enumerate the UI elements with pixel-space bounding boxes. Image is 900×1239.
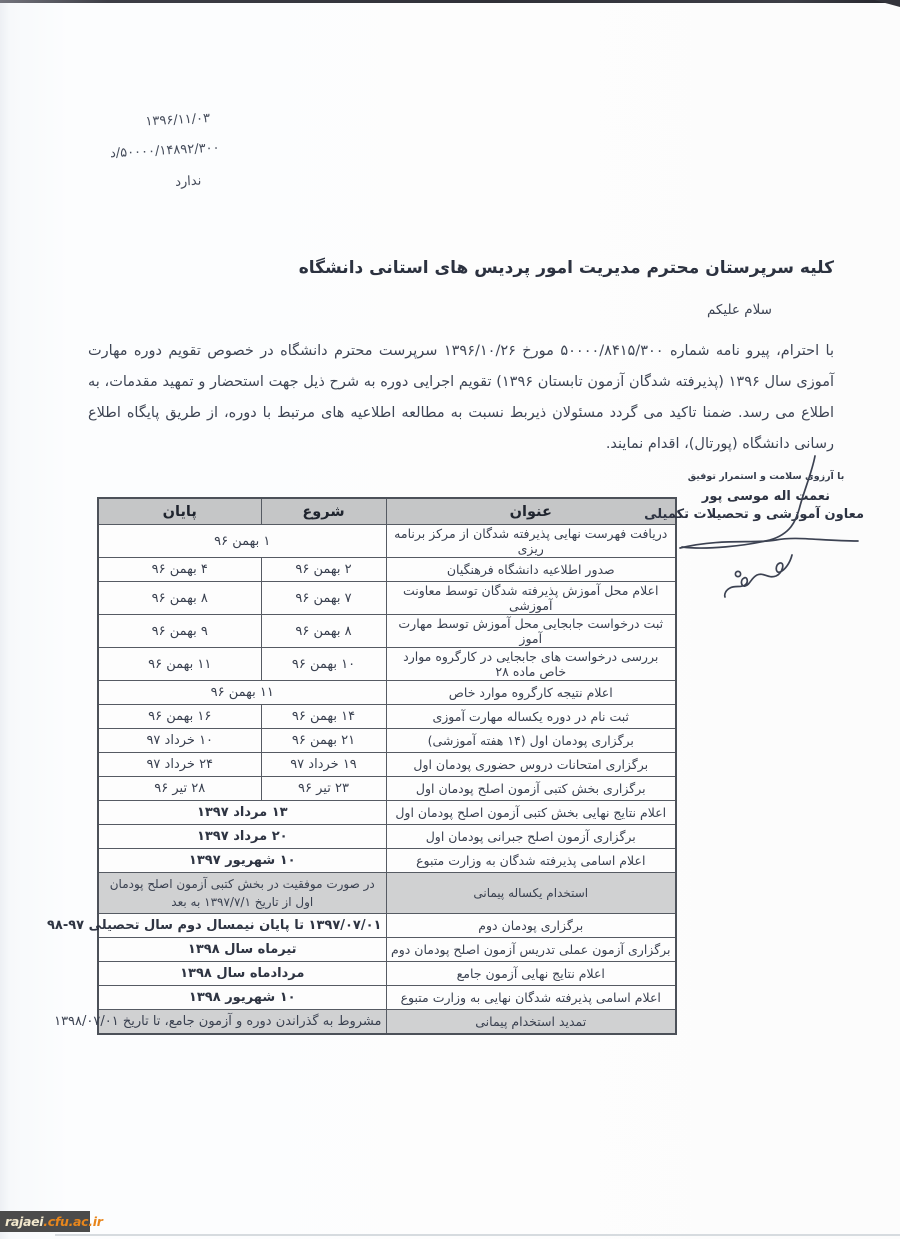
watermark-site-suffix: .cfu.ac.ir	[43, 1214, 102, 1229]
column-header-title: عنوان	[386, 498, 676, 525]
event-title-cell: اعلام محل آموزش پذیرفته شدگان توسط معاون…	[386, 582, 676, 615]
event-row: ثبت درخواست جابجایی محل آموزش توسط مهارت…	[98, 615, 676, 648]
event-row: برگزاری آزمون اصلح جبرانی پودمان اول۲۰ م…	[98, 825, 676, 849]
event-row: اعلام نتایج نهایی بخش کتبی آزمون اصلح پو…	[98, 801, 676, 825]
event-title-cell: برگزاری پودمان دوم	[386, 914, 676, 938]
event-title-cell: برگزاری آزمون عملی تدریس آزمون اصلح پودم…	[386, 938, 676, 962]
event-title-cell: صدور اطلاعیه دانشگاه فرهنگیان	[386, 558, 676, 582]
event-row: ثبت نام در دوره یکساله مهارت آموزی۱۴ بهم…	[98, 705, 676, 729]
signature-blessing: با آرزوی سلامت و استمرار توفیق	[668, 471, 864, 482]
event-end-cell: ۲۴ خرداد ۹۷	[98, 753, 261, 777]
body-paragraph: با احترام، پیرو نامه شماره ۵۰۰۰۰/۸۴۱۵/۳۰…	[88, 336, 834, 460]
event-row: بررسی درخواست های جابجایی در کارگروه موا…	[98, 648, 676, 681]
watermark-bar: rajaei.cfu.ac.ir	[0, 1211, 90, 1232]
event-end-cell: ۲۸ تیر ۹۶	[98, 777, 261, 801]
event-end-cell: ۴ بهمن ۹۶	[98, 558, 261, 582]
event-row: برگزاری آزمون عملی تدریس آزمون اصلح پودم…	[98, 938, 676, 962]
event-start-cell: ۱۰ بهمن ۹۶	[261, 648, 386, 681]
letterhead-attachment: ندارد	[175, 174, 202, 190]
scanned-letter-page: ۱۳۹۶/۱۱/۰۳ ۵۰۰۰۰/۱۴۸۹۲/۳۰۰/د ندارد کلیه …	[0, 0, 900, 1239]
event-date-cell: ۱۰ شهریور ۱۳۹۸	[98, 986, 386, 1010]
event-date-cell: ۲۰ مرداد ۱۳۹۷	[98, 825, 386, 849]
signatory-name: نعمت اله موسی پور	[668, 489, 864, 504]
scan-bottom-edge	[55, 1234, 900, 1236]
event-start-cell: ۲ بهمن ۹۶	[261, 558, 386, 582]
event-row: اعلام محل آموزش پذیرفته شدگان توسط معاون…	[98, 582, 676, 615]
event-row: برگزاری امتحانات دروس حضوری پودمان اول۱۹…	[98, 753, 676, 777]
recipient-heading: کلیه سرپرستان محترم مدیریت امور پردیس ها…	[299, 258, 834, 278]
event-title-cell: برگزاری امتحانات دروس حضوری پودمان اول	[386, 753, 676, 777]
event-start-cell: ۱۹ خرداد ۹۷	[261, 753, 386, 777]
event-end-cell: ۱۰ خرداد ۹۷	[98, 729, 261, 753]
calendar-table: عنوان شروع پایان دریافت فهرست نهایی پذیر…	[97, 497, 677, 1035]
event-start-cell: ۸ بهمن ۹۶	[261, 615, 386, 648]
event-start-cell: ۷ بهمن ۹۶	[261, 582, 386, 615]
event-row: اعلام اسامی پذیرفته شدگان نهایی به وزارت…	[98, 986, 676, 1010]
event-end-cell: ۱۱ بهمن ۹۶	[98, 648, 261, 681]
event-row: برگزاری پودمان اول (۱۴ هفته آموزشی)۲۱ به…	[98, 729, 676, 753]
event-title-cell: اعلام نتایج نهایی آزمون جامع	[386, 962, 676, 986]
event-title-cell: برگزاری پودمان اول (۱۴ هفته آموزشی)	[386, 729, 676, 753]
event-title-cell: بررسی درخواست های جابجایی در کارگروه موا…	[386, 648, 676, 681]
letterhead-number: ۵۰۰۰۰/۱۴۸۹۲/۳۰۰/د	[110, 141, 220, 162]
watermark-site-prefix: rajaei	[5, 1214, 43, 1229]
event-end-cell: ۹ بهمن ۹۶	[98, 615, 261, 648]
event-row: صدور اطلاعیه دانشگاه فرهنگیان۲ بهمن ۹۶۴ …	[98, 558, 676, 582]
scan-top-edge	[0, 0, 900, 3]
event-start-cell: ۲۱ بهمن ۹۶	[261, 729, 386, 753]
event-title-cell: برگزاری آزمون اصلح جبرانی پودمان اول	[386, 825, 676, 849]
event-row: تمدید استخدام پیمانیمشروط به گذراندن دور…	[98, 1010, 676, 1035]
event-date-cell: ۱۱ بهمن ۹۶	[98, 681, 386, 705]
event-date-cell: مشروط به گذراندن دوره و آزمون جامع، تا ت…	[98, 1010, 386, 1035]
event-row: اعلام نتیجه کارگروه موارد خاص۱۱ بهمن ۹۶	[98, 681, 676, 705]
event-row: برگزاری بخش کتبی آزمون اصلح پودمان اول۲۳…	[98, 777, 676, 801]
event-date-cell: تیرماه سال ۱۳۹۸	[98, 938, 386, 962]
event-end-cell: ۱۶ بهمن ۹۶	[98, 705, 261, 729]
event-title-cell: اعلام نتایج نهایی بخش کتبی آزمون اصلح پو…	[386, 801, 676, 825]
event-title-cell: برگزاری بخش کتبی آزمون اصلح پودمان اول	[386, 777, 676, 801]
event-title-cell: ثبت نام در دوره یکساله مهارت آموزی	[386, 705, 676, 729]
event-date-cell: ۱۰ شهریور ۱۳۹۷	[98, 849, 386, 873]
signature-block: با آرزوی سلامت و استمرار توفیق نعمت اله …	[668, 471, 864, 522]
event-start-cell: ۲۳ تیر ۹۶	[261, 777, 386, 801]
event-row: برگزاری پودمان دوم۱۳۹۷/۰۷/۰۱ تا پایان نی…	[98, 914, 676, 938]
event-date-cell: مردادماه سال ۱۳۹۸	[98, 962, 386, 986]
event-title-cell: اعلام نتیجه کارگروه موارد خاص	[386, 681, 676, 705]
event-date-cell: ۱ بهمن ۹۶	[98, 525, 386, 558]
event-row: اعلام اسامی پذیرفته شدگان به وزارت متبوع…	[98, 849, 676, 873]
event-title-cell: اعلام اسامی پذیرفته شدگان به وزارت متبوع	[386, 849, 676, 873]
event-title-cell: دریافت فهرست نهایی پذیرفته شدگان از مرکز…	[386, 525, 676, 558]
event-row: اعلام نتایج نهایی آزمون جامعمردادماه سال…	[98, 962, 676, 986]
event-title-cell: ثبت درخواست جابجایی محل آموزش توسط مهارت…	[386, 615, 676, 648]
table-header-row: عنوان شروع پایان	[98, 498, 676, 525]
calendar-table-body: دریافت فهرست نهایی پذیرفته شدگان از مرکز…	[98, 525, 676, 1035]
signatory-title: معاون آموزشی و تحصیلات تکمیلی	[668, 507, 864, 522]
event-title-cell: اعلام اسامی پذیرفته شدگان نهایی به وزارت…	[386, 986, 676, 1010]
event-title-cell: استخدام یکساله پیمانی	[386, 873, 676, 914]
event-row: استخدام یکساله پیمانیدر صورت موفقیت در ب…	[98, 873, 676, 914]
event-date-cell: در صورت موفقیت در بخش کتبی آزمون اصلح پو…	[98, 873, 386, 914]
event-date-cell: ۱۳ مرداد ۱۳۹۷	[98, 801, 386, 825]
event-row: دریافت فهرست نهایی پذیرفته شدگان از مرکز…	[98, 525, 676, 558]
letterhead-block: ۱۳۹۶/۱۱/۰۳ ۵۰۰۰۰/۱۴۸۹۲/۳۰۰/د ندارد	[84, 107, 223, 210]
column-header-start: شروع	[261, 498, 386, 525]
scan-corner-mark	[874, 0, 900, 7]
letterhead-date: ۱۳۹۶/۱۱/۰۳	[145, 111, 210, 129]
column-header-end: پایان	[98, 498, 261, 525]
event-start-cell: ۱۴ بهمن ۹۶	[261, 705, 386, 729]
salutation: سلام علیکم	[707, 302, 772, 318]
event-end-cell: ۸ بهمن ۹۶	[98, 582, 261, 615]
event-date-cell: ۱۳۹۷/۰۷/۰۱ تا پایان نیمسال دوم سال تحصیل…	[98, 914, 386, 938]
event-title-cell: تمدید استخدام پیمانی	[386, 1010, 676, 1035]
